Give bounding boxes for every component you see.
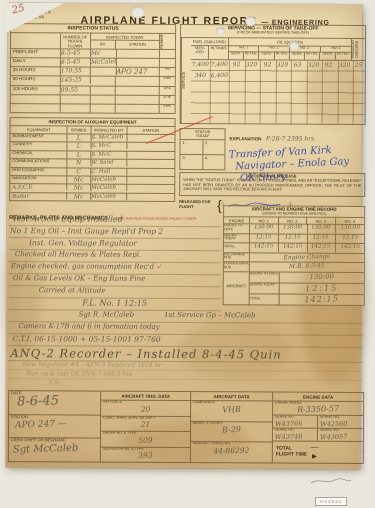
oil-value: 320 — [244, 61, 260, 71]
status-cell-2: 2. — [203, 140, 225, 155]
station-value — [127, 193, 174, 201]
remark-line: No 1 Eng Oil – Inst Gauge Repl'd Prop 2 — [9, 226, 221, 239]
total-flight-time-label: TOTAL FLIGHT TIME — [273, 447, 309, 458]
oil-in-header: IN TKS. — [244, 52, 259, 59]
service-vertical-label: SERVICE — [181, 38, 191, 123]
hours-flown-header: NUMBER OF HOURS FLOWN — [61, 33, 91, 48]
engine-hours: 12:15 — [278, 234, 307, 243]
inspection-blank-head — [11, 33, 61, 48]
inspected-by-value: McCaleb — [91, 184, 127, 192]
by-value — [90, 104, 116, 112]
hours-value: 8-5-45 — [61, 49, 91, 58]
org-value: 20 — [101, 403, 190, 415]
total-flight-time-row: TOTAL FLIGHT TIME —► : — [273, 441, 363, 462]
serial-value: W43057 — [318, 432, 363, 441]
engine-data-table: ENGINE DATA ENGINE MODEL R-3350-57 SERIA… — [273, 392, 363, 462]
paper-stain — [2, 235, 42, 355]
station-value — [116, 95, 160, 103]
explanation-pencil-note: F-26-7 2395 hrs — [266, 135, 314, 142]
servicing-title-block: SERVICING — STATION OF TAKE-OFF (CHECK I… — [181, 25, 365, 39]
remarks-tag: ETM — [160, 96, 175, 104]
station-value — [127, 160, 174, 168]
remark-line: Checked all Harness & Plates Repl. — [9, 250, 221, 263]
remark-line: Inst. Gen. Voltage Regulator — [9, 238, 221, 251]
equipment-label: GUNNERY — [10, 142, 67, 150]
paper-stain — [180, 320, 290, 380]
equipment-label: A.F.C.E. — [10, 184, 68, 193]
fuel-header: FUEL (GALLONS) — [191, 38, 228, 46]
row-label: OIL CHANGE DUE — [224, 253, 250, 262]
engine-hours: 142:15 — [250, 243, 279, 252]
servicing-subtitle: (CHECK IMMEDIATELY BEFORE TAKE-OFF) — [181, 31, 365, 36]
symbol-value: N — [68, 159, 92, 167]
row-label: HOURS TODAY — [224, 234, 250, 243]
status-today-title: STATUS TODAY — [181, 129, 225, 140]
dots-mark: : — [361, 449, 363, 455]
row-label: CONSOLIDATION DUE — [224, 262, 250, 271]
status-cell-4: 4. — [203, 155, 225, 170]
status-cell-3: 3. — [180, 154, 203, 169]
symbol-value: Mc — [67, 184, 91, 192]
aircraft-block-label: AIRCRAFT — [224, 272, 250, 305]
engine-no1: NO. 1 — [250, 217, 279, 223]
inspection-status-header: NUMBER OF HOURS FLOWN INSPECTED TODAY BY… — [11, 33, 175, 50]
oil-value: 92 — [229, 61, 245, 71]
engine-hours: 130:00 — [278, 224, 307, 233]
hours-value: 8-5-45 — [60, 58, 90, 67]
oil-no2-header: NO. 2 — [259, 46, 290, 51]
radiator-vertical-header: RADIATOR CHECKED — [352, 39, 365, 60]
oil-in-header: IN TKS. — [275, 52, 290, 59]
aux-row: Radar Mc McCaleb — [10, 193, 174, 201]
equipment-label: Radar — [10, 192, 68, 201]
fuel-in-tanks-value: 6,400 — [210, 72, 229, 83]
paper-stain — [305, 55, 360, 125]
engine-serial-row: SERIAL NO. W43766 SERIAL NO. W42560 — [273, 415, 363, 428]
inspection-remarks-vertical: REMARKS — [160, 34, 175, 49]
oil-no1-header: NO. 1 — [229, 46, 260, 51]
by-value — [90, 67, 116, 76]
hours-value: 99:55 — [60, 86, 90, 95]
hours-value: 145:25 — [60, 76, 90, 85]
by-value — [90, 95, 116, 103]
serial-cell: SERIAL NO. W43748 — [273, 428, 318, 440]
aircraft-row: COMPONENT VHB — [191, 401, 272, 422]
row-label: DAILY — [11, 58, 61, 66]
org-row: AIR FORCE 20 — [101, 401, 190, 417]
paper-hole — [289, 41, 299, 50]
fuel-in-tanks-header: IN TANKS — [209, 46, 227, 59]
station-value: APO 247 — [116, 68, 160, 76]
footer-left-column: DATE 8-6-45 STATION APO 247 — CREW CHIEF… — [9, 391, 101, 461]
red-check-mark: ✓ — [156, 263, 162, 271]
row-label: TOTAL — [250, 295, 280, 305]
status-cell-1: 1. — [180, 140, 203, 155]
symbol-value: Mc — [67, 193, 91, 201]
fuel-header-group: FUEL (GALLONS) SERV-ICED IN TANKS — [191, 38, 229, 59]
archive-signature-squiggle — [309, 477, 353, 485]
station-value — [116, 59, 160, 67]
fuel-in-tanks-value: 7,400 — [210, 61, 229, 72]
station-value — [116, 86, 160, 94]
explanation-label: EXPLANATION — [229, 136, 261, 141]
symbol-value: L — [68, 151, 92, 159]
inspected-by-value: McCaleb — [91, 193, 127, 201]
oil-serv-header: SERV. — [290, 53, 305, 60]
serial-cell: SERIAL NO. W43766 — [273, 415, 318, 427]
station-value — [127, 177, 174, 185]
engine-hours: 142:15 — [278, 243, 307, 252]
symbol-value: L — [68, 134, 92, 142]
row-label: HOURS TODAY — [250, 283, 280, 293]
station-cell: STATION APO 247 — — [9, 415, 100, 439]
inspected-by-header: INSPECTED BY — [92, 127, 128, 134]
station-header: STATION — [116, 41, 159, 49]
symbol-header: SYMBOL — [68, 126, 92, 133]
serial-cell: SERIAL NO. W42560 — [318, 416, 363, 428]
paper-hole — [131, 6, 145, 18]
engine-data-title: ENGINE DATA — [273, 392, 363, 401]
row-label: 100 HOURS — [11, 86, 61, 94]
status-today-box: STATUS TODAY 1. 2. 3. 4. — [179, 128, 225, 170]
inspected-by-value: S. McC — [91, 151, 127, 159]
engine-model-row: ENGINE MODEL R-3350-57 — [273, 401, 363, 415]
station-value — [116, 50, 160, 58]
inspected-by-value: W. Sand — [91, 159, 127, 167]
equipment-label: COMMUNICATIONS — [10, 159, 67, 167]
by-value — [90, 77, 116, 85]
inspected-by-value: McCaleb — [91, 176, 127, 184]
remark-line: 3 5- — [8, 379, 362, 390]
oil-value: 92 — [259, 61, 275, 71]
oil-no4-header: NO. 4 — [320, 47, 351, 52]
aircraft-data-title: AIRCRAFT DATA — [191, 392, 272, 401]
station-value — [127, 143, 174, 151]
remarks-tag: ENG — [160, 77, 175, 85]
engine-col-label: ENGINE — [224, 217, 250, 223]
exceptional-release-body: WHEN THE "STATUS TODAY" IS INDICATED BY … — [183, 178, 361, 193]
oil-serv-header: SERV. — [229, 52, 244, 59]
exceptional-release-box: EXCEPTIONAL RELEASE WHEN THE "STATUS TOD… — [179, 172, 365, 197]
equipment-label: PHOTOGRAPHIC — [10, 168, 67, 176]
hours-value: 170:55 — [60, 67, 90, 76]
aircraft-value: VHB — [191, 404, 272, 415]
org-data-title: AIRCRAFT ORG. DATA — [101, 392, 190, 401]
symbol-value: C — [68, 168, 92, 176]
remarks-tag: DAS — [160, 86, 175, 94]
serial-value: W43766 — [273, 419, 317, 428]
engine-hours: 12:15 — [250, 233, 279, 242]
signer-value: Sgt McCaleb — [13, 442, 100, 456]
serial-value: W42560 — [318, 419, 363, 428]
inspection-row-blank2: EMS — [11, 104, 175, 113]
paper-hole — [216, 27, 225, 35]
time-record-title-block: AIRCRAFT AND ENGINE TIME RECORD (HOURS T… — [224, 206, 364, 218]
remarks-tag — [160, 59, 175, 67]
row-label: HOURS TO DATE — [250, 272, 280, 282]
by-value — [90, 86, 116, 94]
engine-serial-row: SERIAL NO. W43748 SERIAL NO. W43057 — [273, 428, 363, 441]
equipment-label: CHEMICAL — [10, 151, 67, 159]
time-record-subtitle: (HOURS TO NEAREST FIVE MINUTES) — [224, 212, 364, 216]
row-label — [11, 104, 61, 112]
oil-value: 63 — [290, 61, 306, 71]
remark-text: Sgt R. McCaleb — [79, 310, 135, 318]
row-label: 50 HOURS — [11, 77, 61, 85]
engine-no2: NO. 2 — [279, 217, 308, 223]
engine-model-value: R-3350-57 — [273, 403, 363, 415]
station-value — [127, 168, 174, 176]
fuel-serviced-header: SERV-ICED — [191, 46, 209, 59]
remark-text: 1st Service Gp – McCaleb — [164, 311, 255, 319]
by-value: McCaleb — [90, 58, 116, 67]
hours-value — [60, 104, 90, 112]
inspected-today-header-group: INSPECTED TODAY BY STATION — [91, 34, 161, 49]
remarks-tag: EMS — [160, 105, 175, 113]
station-value — [116, 77, 160, 85]
remarks-tag: TAF — [160, 68, 175, 76]
aux-equipment-table: INSPECTION OF AUXILIARY EQUIPMENT EQUIPM… — [9, 117, 175, 202]
date-cell: DATE 8-6-45 — [9, 391, 100, 415]
by-value: Mc — [90, 49, 116, 58]
inspection-status-table: INSPECTION STATUS NUMBER OF HOURS FLOWN … — [10, 23, 176, 114]
station-value — [127, 151, 174, 159]
remarks-tag — [160, 50, 175, 58]
equipment-label: BOMBARDMENT — [10, 134, 67, 142]
row-label: HOURS TO DATE — [224, 224, 250, 233]
equipment-label: NAVIGATION — [10, 176, 67, 184]
explanation-block: EXPLANATION F-26-7 2395 hrs Transfer of … — [229, 127, 365, 172]
engine-hours: 130:00 — [250, 224, 279, 233]
oil-serv-header: SERV. — [259, 52, 274, 59]
paper-stain — [120, 420, 250, 462]
row-label: TOTAL — [224, 243, 250, 252]
signer-cell: CREW CHIEF OR MECHANIC Sgt McCaleb — [9, 438, 100, 461]
serial-value: W43748 — [273, 432, 317, 441]
archive-label-block: H41810 — [300, 472, 362, 499]
row-label — [11, 95, 61, 103]
station-value — [127, 185, 174, 193]
arrow-icon: —► — [311, 444, 322, 461]
oil-value: 320 — [275, 61, 291, 71]
row-label: PREFLIGHT — [11, 49, 61, 57]
symbol-value: Mc — [68, 176, 92, 184]
row-label: 25 HOURS — [11, 67, 61, 75]
serial-cell: SERIAL NO. W43057 — [318, 429, 363, 441]
inspected-by-value: S. McC — [91, 142, 127, 150]
equipment-header: EQUIPMENT — [11, 126, 68, 133]
by-header: BY — [91, 41, 117, 49]
station-value: APO 247 — — [15, 418, 100, 431]
fuel-serviced-value: 7,400 — [191, 61, 210, 72]
station-value — [116, 104, 160, 112]
hours-value — [60, 95, 90, 103]
date-value: 8-6-45 — [17, 392, 100, 409]
paper-hole — [245, 16, 256, 26]
symbol-value: L — [68, 142, 92, 150]
inspected-by-value: C. Hall — [91, 168, 127, 176]
paper-stain — [300, 215, 368, 385]
remark-line: Test Article Equip Installed — [9, 214, 221, 227]
station-header: STATION — [127, 127, 174, 134]
fuel-serviced-value: 340 — [191, 72, 210, 83]
status-title-line2: TODAY — [181, 134, 225, 139]
